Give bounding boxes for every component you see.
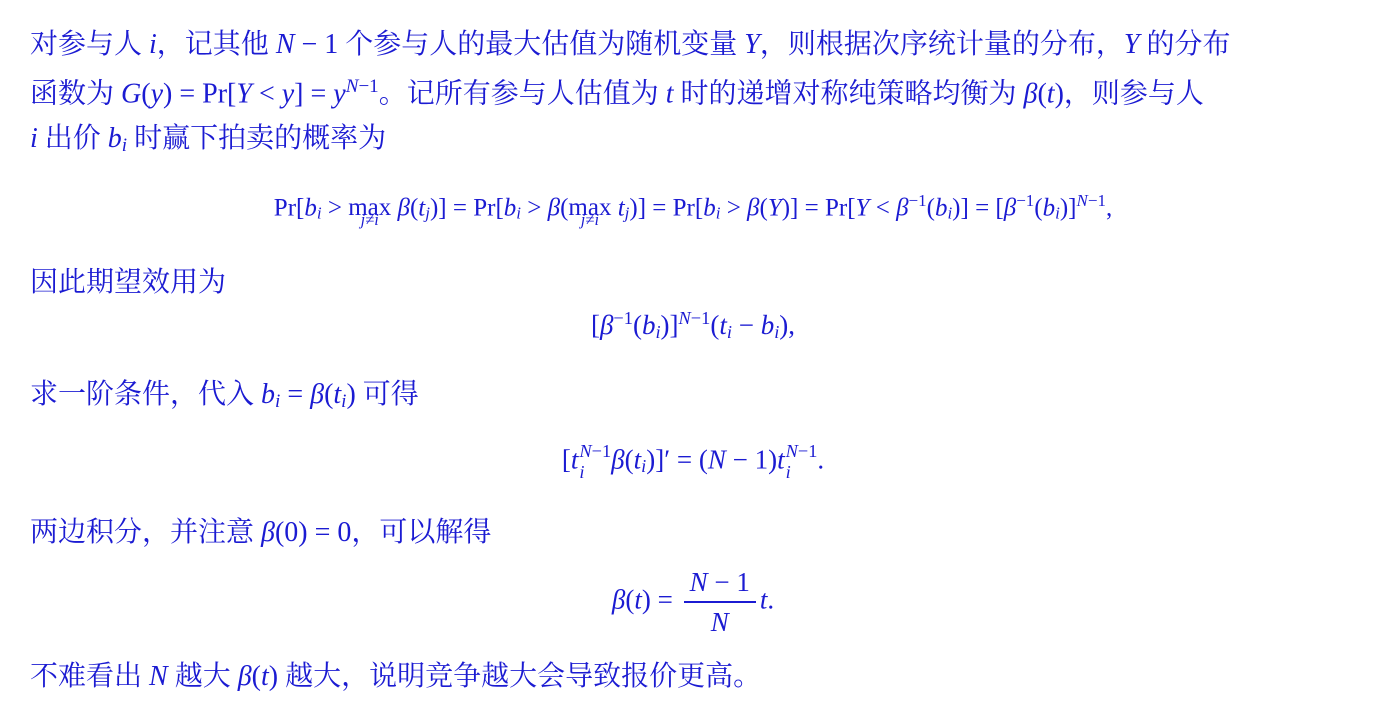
- math-text: )] = [: [952, 194, 1004, 221]
- math-text: [: [562, 444, 571, 474]
- paragraph-first-order-condition: 求一阶条件，代入 bi = β(ti) 可得: [30, 379, 419, 413]
- superscript: N−1: [346, 76, 379, 97]
- math-text: (: [927, 194, 935, 221]
- paragraph-conclusion: 不难看出 N 越大 β(t) 越大，说明竞争越大会导致报价更高。: [30, 661, 761, 693]
- display-equation-expected-utility: [β−1(bi)]N−1(ti − bi),: [0, 308, 1386, 343]
- math-text: −1: [798, 441, 818, 461]
- math-text: )]: [661, 310, 679, 340]
- math-variable: β: [896, 194, 908, 221]
- math-variable: Y: [768, 194, 782, 221]
- superscript: −1: [1016, 191, 1034, 210]
- math-text: 因此期望效用为: [30, 267, 226, 298]
- math-text: ≠: [585, 210, 594, 229]
- math-text: − 1: [708, 567, 750, 597]
- math-variable: β: [310, 379, 324, 410]
- math-text: =: [280, 379, 310, 410]
- math-text: 求一阶条件，代入: [30, 379, 261, 410]
- paragraph-expected-utility-intro: 因此期望效用为: [30, 267, 226, 299]
- math-variable: b: [761, 310, 775, 340]
- math-text: (: [625, 585, 634, 615]
- math-text: )，则参与人: [1055, 78, 1204, 109]
- superscript: N−1: [1077, 191, 1106, 210]
- sub-superscript-stack: N−1i: [786, 441, 818, 483]
- math-text: 出价: [38, 123, 108, 154]
- math-text: 时的递增对称纯策略均衡为: [673, 78, 1023, 109]
- math-text: >: [521, 194, 548, 221]
- under-limits: j≠i: [581, 211, 599, 230]
- math-variable: t: [634, 585, 642, 615]
- math-variable: t: [719, 310, 727, 340]
- paragraph1-line3: i 出价 bi 时赢下拍卖的概率为: [30, 123, 386, 157]
- math-variable: β: [1004, 194, 1016, 221]
- math-variable: β: [398, 194, 410, 221]
- math-text: ) 可得: [346, 379, 418, 410]
- superscript: N−1: [679, 308, 711, 328]
- math-variable: N: [690, 567, 708, 597]
- math-variable: N: [346, 76, 359, 97]
- math-variable: b: [261, 379, 275, 410]
- math-variable: β: [600, 310, 613, 340]
- paragraph1-line1: 对参与人 i，记其他 N − 1 个参与人的最大估值为随机变量 Y，则根据次序统…: [30, 29, 1230, 61]
- math-variable: Y: [744, 29, 760, 60]
- math-text: ) 越大，说明竞争越大会导致报价更高。: [269, 661, 761, 692]
- math-text: 越大: [168, 661, 238, 692]
- math-text: )] = Pr[: [430, 194, 504, 221]
- math-variable: N: [679, 308, 691, 328]
- math-text: (: [710, 310, 719, 340]
- math-variable: y: [282, 78, 294, 109]
- math-text: −1: [909, 191, 927, 210]
- math-variable: β: [238, 661, 252, 692]
- math-variable: N: [149, 661, 168, 692]
- math-text: ，则根据次序统计量的分布，: [760, 29, 1124, 60]
- math-text: 两边积分，并注意: [30, 517, 261, 548]
- math-text: (: [141, 78, 150, 109]
- math-text: 对参与人: [30, 29, 149, 60]
- math-variable: Y: [236, 78, 252, 109]
- math-text: )] = Pr[: [782, 194, 856, 221]
- document-page: { "colors": { "ink": "#1b1bd2", "backgro…: [0, 0, 1386, 720]
- math-variable: Y: [856, 194, 870, 221]
- math-text: −1: [1016, 191, 1034, 210]
- math-text: (: [760, 194, 768, 221]
- math-variable: β: [612, 585, 625, 615]
- math-text: ),: [779, 310, 795, 340]
- math-text: − 1): [726, 444, 777, 474]
- math-text: .: [817, 444, 824, 474]
- math-text: −: [732, 310, 761, 340]
- math-text: ，记其他: [157, 29, 276, 60]
- under-limits: j≠i: [361, 211, 379, 230]
- math-variable: N: [786, 441, 798, 461]
- math-text: (: [625, 444, 634, 474]
- math-variable: b: [935, 194, 948, 221]
- math-text: −1: [358, 76, 378, 97]
- math-variable: β: [747, 194, 759, 221]
- math-variable: t: [571, 444, 579, 474]
- math-variable: β: [548, 194, 560, 221]
- math-variable: β: [1024, 78, 1038, 109]
- math-variable: b: [1043, 194, 1056, 221]
- math-text: (: [324, 379, 333, 410]
- display-equation-win-probability: Pr[bi > maxj≠i β(tj)] = Pr[bi > β(maxj≠i…: [0, 191, 1386, 223]
- math-variable: t: [777, 444, 785, 474]
- math-variable: i: [594, 210, 599, 229]
- superscript-row: N−1: [579, 441, 611, 462]
- paragraph-integrate-both-sides: 两边积分，并注意 β(0) = 0，可以解得: [30, 517, 491, 549]
- math-text: ] =: [294, 78, 333, 109]
- math-variable: b: [504, 194, 517, 221]
- math-text: ,: [1106, 194, 1112, 221]
- max-operator: maxj≠i: [568, 194, 611, 223]
- math-text: .: [767, 585, 774, 615]
- math-variable: G: [121, 78, 141, 109]
- math-text: ) =: [642, 585, 680, 615]
- sub-superscript-stack: N−1i: [579, 441, 611, 483]
- math-text: − 1 个参与人的最大估值为随机变量: [295, 29, 745, 60]
- fraction: N − 1N: [684, 566, 756, 639]
- math-variable: b: [703, 194, 716, 221]
- math-variable: β: [261, 517, 275, 548]
- superscript: −1: [613, 308, 633, 328]
- math-text: ≠: [365, 210, 374, 229]
- math-variable: t: [1047, 78, 1055, 109]
- math-text: )] = Pr[: [629, 194, 703, 221]
- math-variable: t: [261, 661, 269, 692]
- superscript: −1: [909, 191, 927, 210]
- math-text: 函数为: [30, 78, 121, 109]
- display-equation-equilibrium-strategy: β(t) = N − 1Nt.: [0, 566, 1386, 639]
- math-variable: N: [276, 29, 295, 60]
- math-variable: N: [579, 441, 591, 461]
- math-variable: i: [579, 462, 584, 482]
- math-variable: t: [618, 194, 625, 221]
- math-variable: i: [786, 462, 791, 482]
- math-text: (: [1037, 78, 1046, 109]
- math-text: Pr[: [274, 194, 305, 221]
- math-text: <: [252, 78, 282, 109]
- math-text: −1: [1088, 191, 1106, 210]
- paragraph1-line2: 函数为 G(y) = Pr[Y < y] = yN−1。记所有参与人估值为 t …: [30, 76, 1204, 111]
- numerator: N − 1: [684, 566, 756, 603]
- math-variable: i: [149, 29, 157, 60]
- math-text: 的分布: [1139, 29, 1230, 60]
- math-text: <: [869, 194, 896, 221]
- math-variable: t: [333, 379, 341, 410]
- math-variable: i: [30, 123, 38, 154]
- math-variable: i: [374, 210, 379, 229]
- subscript-row: i: [579, 462, 584, 483]
- math-variable: t: [634, 444, 642, 474]
- math-text: (: [1034, 194, 1042, 221]
- math-text: −1: [691, 308, 711, 328]
- math-text: (: [560, 194, 568, 221]
- math-variable: β: [611, 444, 624, 474]
- max-operator: maxj≠i: [348, 194, 391, 223]
- math-text: 。记所有参与人估值为: [379, 78, 666, 109]
- math-text: ) = Pr[: [163, 78, 236, 109]
- math-text: (: [252, 661, 261, 692]
- math-variable: Y: [1124, 29, 1140, 60]
- math-variable: N: [708, 444, 726, 474]
- math-text: 时赢下拍卖的概率为: [127, 123, 386, 154]
- math-variable: N: [1077, 191, 1088, 210]
- denominator: N: [684, 603, 756, 638]
- math-text: )]: [1060, 194, 1077, 221]
- superscript-row: N−1: [786, 441, 818, 462]
- math-variable: b: [304, 194, 317, 221]
- math-text: (: [633, 310, 642, 340]
- math-text: −1: [613, 308, 633, 328]
- math-text: >: [322, 194, 349, 221]
- math-text: )]′ = (: [646, 444, 708, 474]
- math-variable: N: [711, 607, 729, 637]
- math-variable: b: [642, 310, 656, 340]
- math-text: (0) = 0，可以解得: [275, 517, 491, 548]
- math-text: −1: [592, 441, 612, 461]
- math-text: >: [720, 194, 747, 221]
- math-variable: y: [151, 78, 163, 109]
- math-text: 不难看出: [30, 661, 149, 692]
- math-variable: b: [108, 123, 122, 154]
- math-variable: y: [333, 78, 345, 109]
- display-equation-foc: [tN−1iβ(ti)]′ = (N − 1)tN−1i.: [0, 441, 1386, 483]
- subscript-row: i: [786, 462, 791, 483]
- math-text: [: [591, 310, 600, 340]
